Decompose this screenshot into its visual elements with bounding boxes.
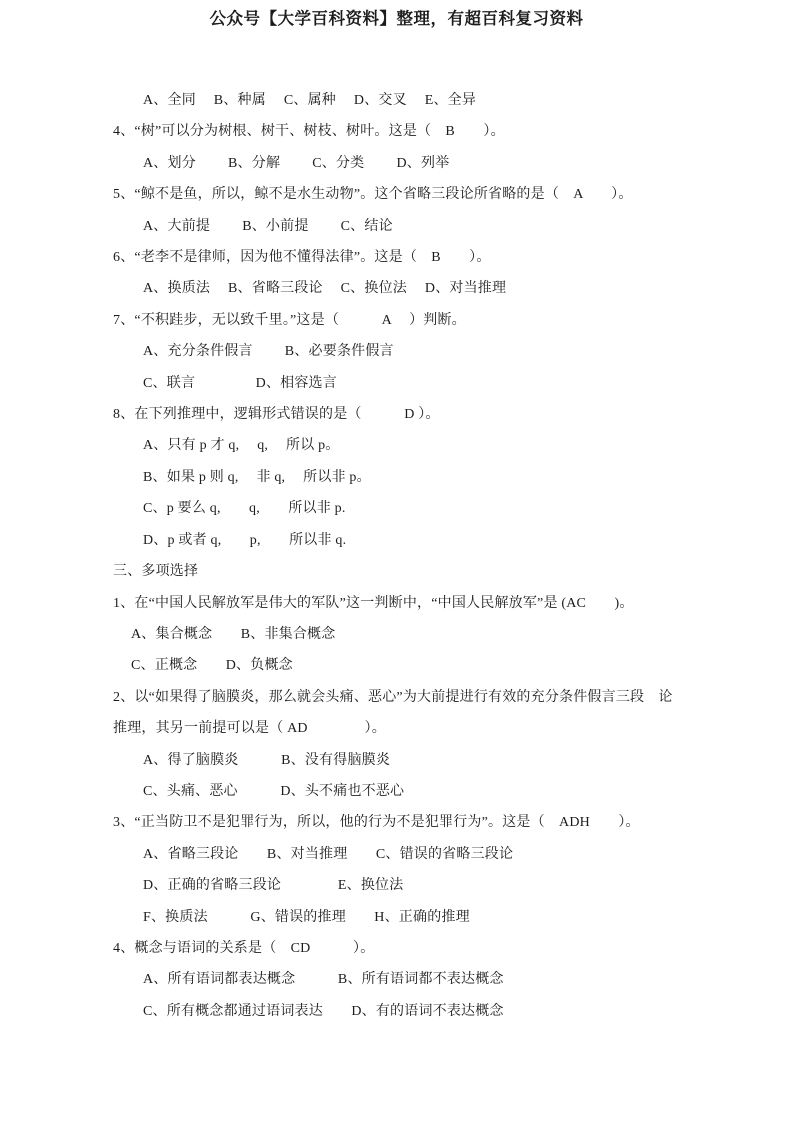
option-line: C、头痛、恶心 D、头不痛也不恶心: [113, 776, 713, 807]
option-line: A、充分条件假言 B、必要条件假言: [113, 336, 713, 367]
question-line: 6、“老李不是律师，因为他不懂得法律”。这是（ B ）。: [113, 242, 713, 273]
question-line: 1、在“中国人民解放军是伟大的军队”这一判断中，“中国人民解放军”是 (AC )…: [113, 588, 713, 619]
option-line: A、只有 p 才 q, q, 所以 p。: [113, 430, 713, 461]
option-line: A、划分 B、分解 C、分类 D、列举: [113, 148, 713, 179]
question-line: 8、在下列推理中，逻辑形式错误的是（ D ）。: [113, 399, 713, 430]
continuation-line: 推理，其另一前提可以是（ AD ）。: [113, 713, 713, 744]
option-line: C、联言 D、相容选言: [113, 368, 713, 399]
section-heading: 三、多项选择: [113, 556, 713, 587]
option-line: A、所有语词都表达概念 B、所有语词都不表达概念: [113, 964, 713, 995]
question-line: 4、“树”可以分为树根、树干、树枝、树叶。这是（ B ）。: [113, 116, 713, 147]
document-lines: A、全同 B、种属 C、属种 D、交叉 E、全异4、“树”可以分为树根、树干、树…: [113, 85, 713, 1027]
question-line: 4、概念与语词的关系是（ CD ）。: [113, 933, 713, 964]
document-page: 公众号【大学百科资料】整理，有超百科复习资料 A、全同 B、种属 C、属种 D、…: [0, 0, 793, 1122]
option-line: B、如果 p 则 q, 非 q, 所以非 p。: [113, 462, 713, 493]
option-line: A、全同 B、种属 C、属种 D、交叉 E、全异: [113, 85, 713, 116]
question-line: 5、“鲸不是鱼，所以，鲸不是水生动物”。这个省略三段论所省略的是（ A ）。: [113, 179, 713, 210]
option-line: C、正概念 D、负概念: [113, 650, 713, 681]
question-line: 3、“正当防卫不是犯罪行为，所以，他的行为不是犯罪行为”。这是（ ADH ）。: [113, 807, 713, 838]
page-title: 公众号【大学百科资料】整理，有超百科复习资料: [0, 0, 793, 31]
option-line: C、所有概念都通过语词表达 D、有的语词不表达概念: [113, 996, 713, 1027]
option-line: A、省略三段论 B、对当推理 C、错误的省略三段论: [113, 839, 713, 870]
question-line: 2、以“如果得了脑膜炎，那么就会头痛、恶心”为大前提进行有效的充分条件假言三段 …: [113, 682, 713, 713]
option-line: F、换质法 G、错误的推理 H、正确的推理: [113, 902, 713, 933]
option-line: D、正确的省略三段论 E、换位法: [113, 870, 713, 901]
option-line: A、换质法 B、省略三段论 C、换位法 D、对当推理: [113, 273, 713, 304]
option-line: A、大前提 B、小前提 C、结论: [113, 211, 713, 242]
option-line: C、p 要么 q, q, 所以非 p.: [113, 493, 713, 524]
question-line: 7、“不积跬步，无以致千里。”这是（ A ）判断。: [113, 305, 713, 336]
option-line: A、集合概念 B、非集合概念: [113, 619, 713, 650]
option-line: A、得了脑膜炎 B、没有得脑膜炎: [113, 745, 713, 776]
option-line: D、p 或者 q, p, 所以非 q.: [113, 525, 713, 556]
